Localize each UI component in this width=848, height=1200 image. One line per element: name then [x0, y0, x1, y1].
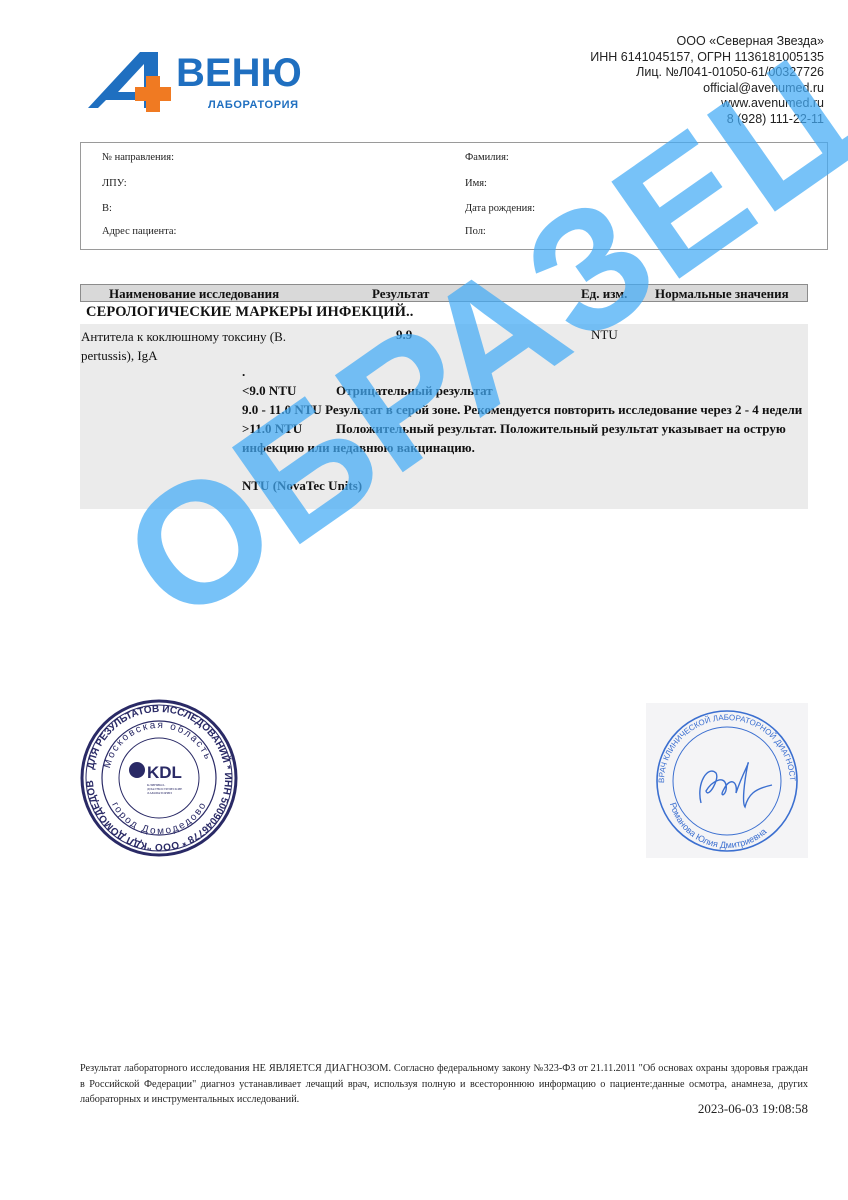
patient-address-label: Адрес пациента: [102, 226, 176, 237]
column-header-test-name: Наименование исследования [109, 286, 279, 302]
test-name: Антитела к коклюшному токсину (B. pertus… [81, 327, 316, 365]
test-result: 9.9 [396, 327, 412, 343]
range-positive: >11.0 NTUПоложительный результат. Положи… [242, 419, 808, 457]
comment-dot: . [242, 362, 808, 381]
column-header-normal-values: Нормальные значения [655, 286, 789, 302]
kdl-stamp-icon: ДЛЯ РЕЗУЛЬТАТОВ ИССЛЕДОВАНИЙ * ИНН 50090… [79, 698, 239, 858]
section-title: СЕРОЛОГИЧЕСКИЕ МАРКЕРЫ ИНФЕКЦИЙ.. [86, 304, 413, 321]
birth-date-label: Дата рождения: [465, 203, 535, 214]
patient-info-box: № направления: ЛПУ: В: Адрес пациента: Ф… [80, 142, 828, 250]
test-unit: NTU [591, 327, 618, 343]
lab-logo: ВЕНЮ ЛАБОРАТОРИЯ [84, 48, 334, 114]
company-license: Лиц. №Л041-01050-61/00327726 [590, 65, 824, 81]
svg-text:ЛАБОРАТОРИИ: ЛАБОРАТОРИИ [147, 791, 172, 795]
results-table-header: Наименование исследования Результат Ед. … [80, 284, 808, 302]
doctor-stamp: ВРАЧ КЛИНИЧЕСКОЙ ЛАБОРАТОРНОЙ ДИАГНОСТИК… [646, 703, 808, 858]
report-timestamp: 2023-06-03 19:08:58 [698, 1101, 808, 1117]
svg-text:Романова Юлия Дмитриевна: Романова Юлия Дмитриевна [668, 801, 769, 850]
sex-label: Пол: [465, 226, 486, 237]
svg-text:ВЕНЮ: ВЕНЮ [176, 51, 302, 95]
reference-comment: . <9.0 NTUОтрицательный результат 9.0 - … [242, 362, 808, 495]
doctor-stamp-icon: ВРАЧ КЛИНИЧЕСКОЙ ЛАБОРАТОРНОЙ ДИАГНОСТИК… [646, 703, 808, 858]
first-name-label: Имя: [465, 178, 487, 189]
range-grey-zone: 9.0 - 11.0 NTU Результат в серой зоне. Р… [242, 400, 808, 419]
surname-label: Фамилия: [465, 152, 509, 163]
company-info: ООО «Северная Звезда» ИНН 6141045157, ОГ… [590, 34, 824, 128]
lpu-label: ЛПУ: [102, 178, 127, 189]
company-name: ООО «Северная Звезда» [590, 34, 824, 50]
units-note: NTU (NovaTec Units) [242, 476, 808, 495]
company-website[interactable]: www.avenumed.ru [590, 96, 824, 112]
company-ids: ИНН 6141045157, ОГРН 1136181005135 [590, 50, 824, 66]
v-label: В: [102, 203, 112, 214]
table-row: Антитела к коклюшному токсину (B. pertus… [80, 324, 808, 509]
signature-icon [700, 763, 772, 807]
range-negative: <9.0 NTUОтрицательный результат [242, 381, 808, 400]
referral-number-label: № направления: [102, 152, 174, 163]
svg-text:KDL: KDL [147, 763, 182, 782]
company-phone: 8 (928) 111-22-11 [590, 112, 824, 128]
column-header-result: Результат [372, 286, 429, 302]
svg-text:ЛАБОРАТОРИЯ: ЛАБОРАТОРИЯ [208, 99, 299, 111]
kdl-stamp: ДЛЯ РЕЗУЛЬТАТОВ ИССЛЕДОВАНИЙ * ИНН 50090… [79, 698, 239, 858]
column-header-unit: Ед. изм. [581, 286, 627, 302]
company-email[interactable]: official@avenumed.ru [590, 81, 824, 97]
logo-mark-icon: ВЕНЮ ЛАБОРАТОРИЯ [84, 48, 334, 114]
